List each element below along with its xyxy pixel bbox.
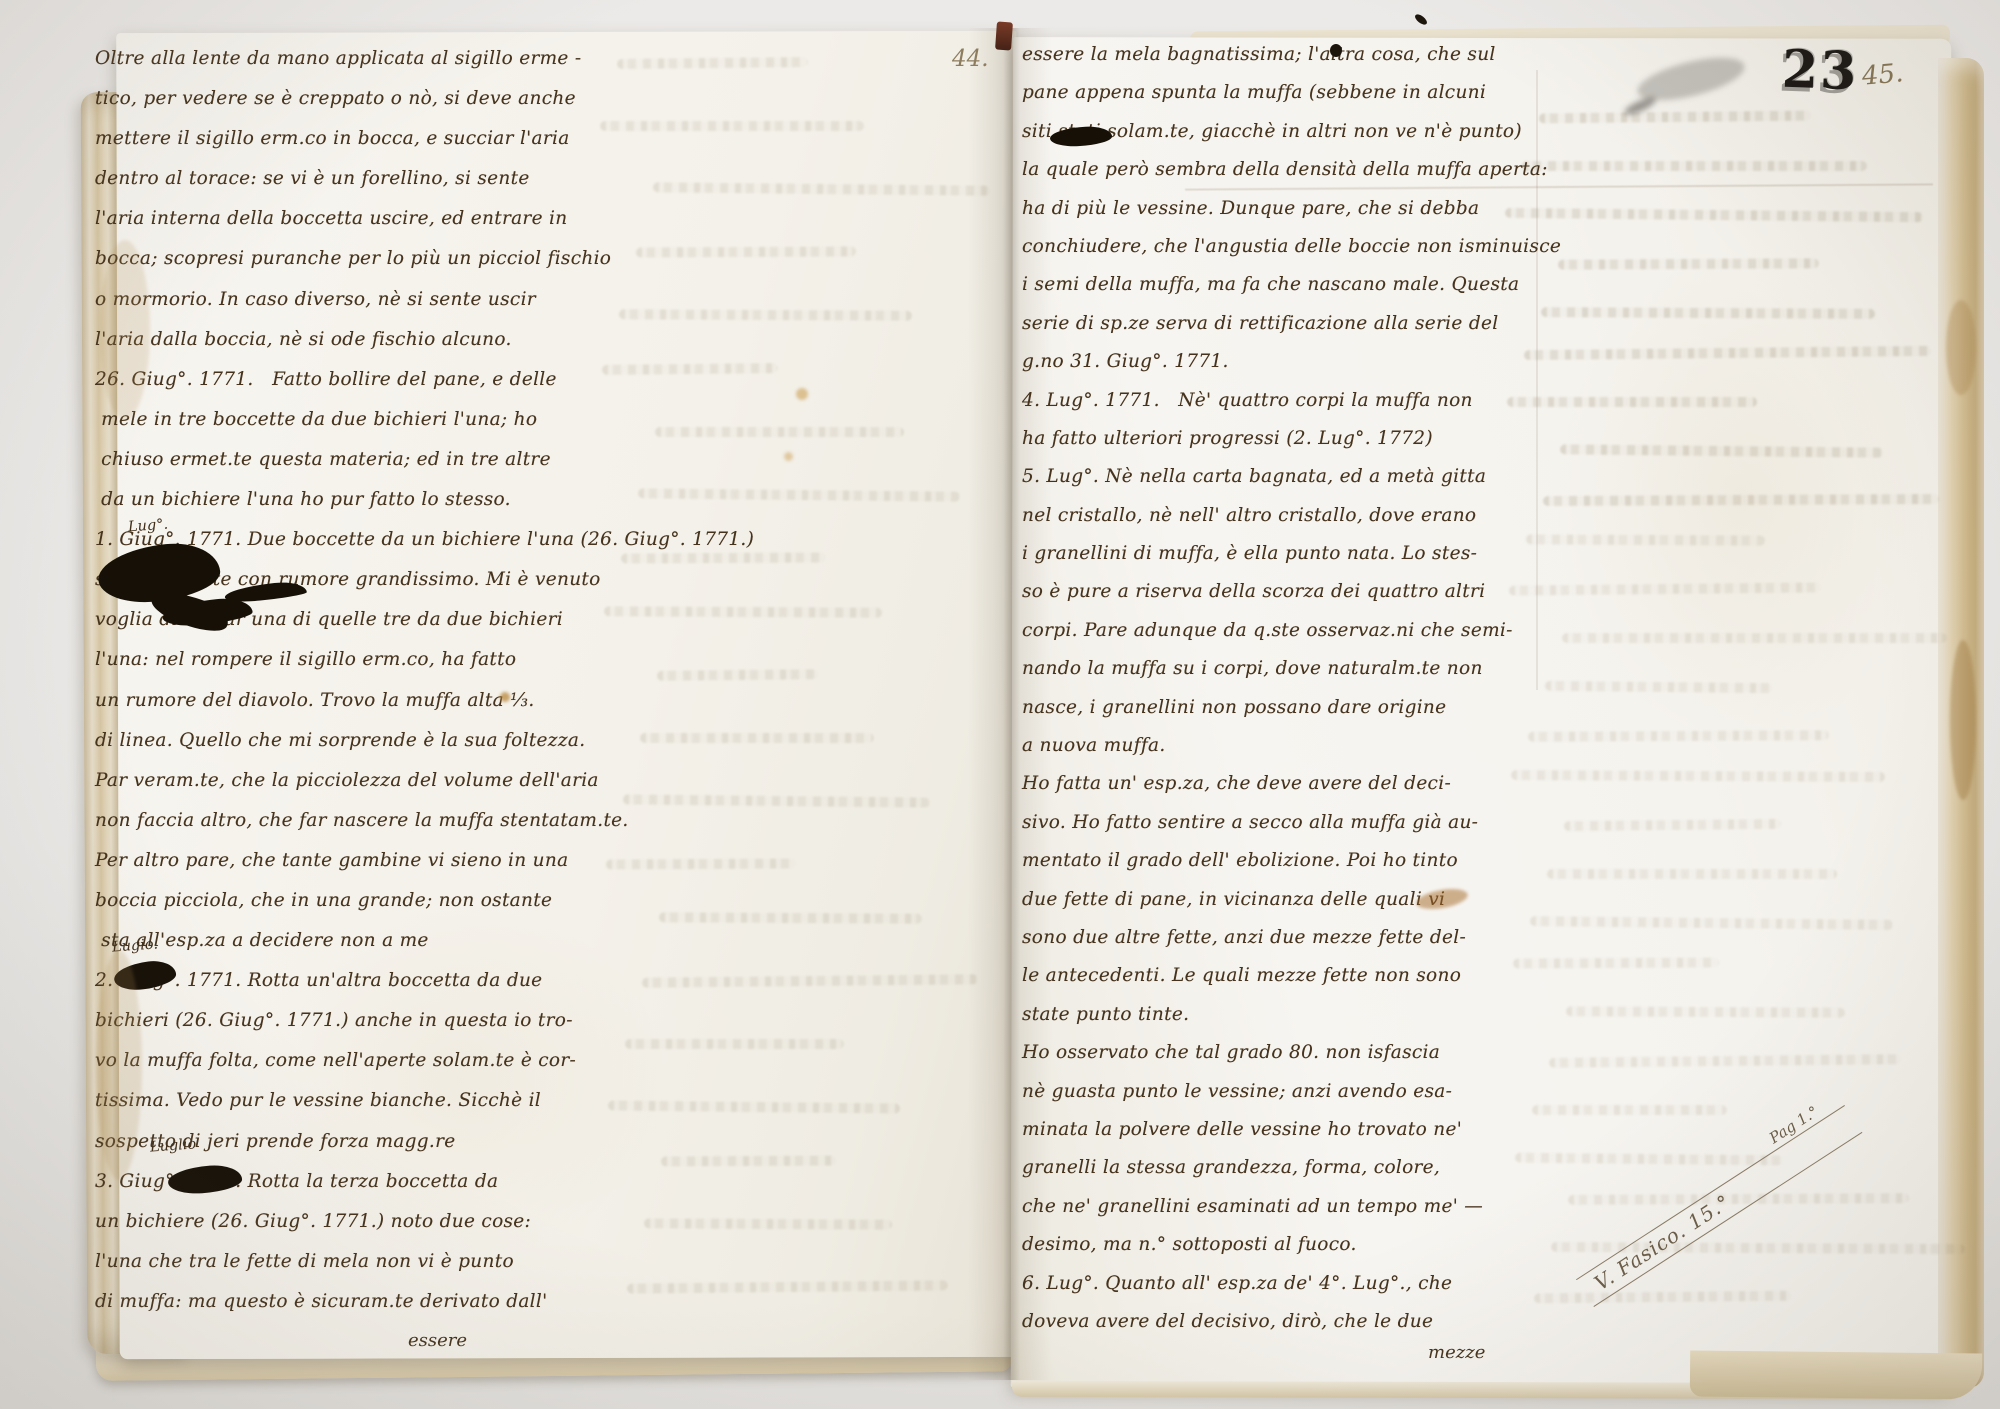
manuscript-line: 3. Giug°. 1771. Rotta la terza boccetta …: [95, 1171, 575, 1211]
manuscript-line: pane appena spunta la muffa (sebbene in …: [1022, 82, 1502, 120]
manuscript-line: mentato il grado dell' ebolizione. Poi h…: [1022, 850, 1502, 888]
manuscript-line: Ho osservato che tal grado 80. non isfas…: [1022, 1042, 1502, 1080]
manuscript-line: vo la muffa folta, come nell'aperte sola…: [95, 1050, 575, 1090]
manuscript-line: tissima. Vedo pur le vessine bianche. Si…: [95, 1090, 575, 1130]
right-page-text-block: essere la mela bagnatissima; l'altra cos…: [1022, 44, 1502, 1349]
manuscript-line: sivo. Ho fatto sentire a secco alla muff…: [1022, 812, 1502, 850]
manuscript-line: 6. Lug°. Quanto all' esp.za de' 4°. Lug°…: [1022, 1273, 1502, 1311]
manuscript-line: 26. Giug°. 1771. Fatto bollire del pane,…: [95, 369, 575, 409]
show-through-text-left: [600, 58, 960, 1343]
interline-correction: Luglio: [149, 1136, 196, 1155]
manuscript-line: ha di più le vessine. Dunque pare, che s…: [1022, 198, 1502, 236]
manuscript-line: state punto tinte.: [1022, 1004, 1502, 1042]
manuscript-line: Per altro pare, che tante gambine vi sie…: [95, 850, 575, 890]
manuscript-line: corpi. Pare adunque da q.ste osservaz.ni…: [1022, 620, 1502, 658]
archival-note: Pag 1.° V. Fasico. 15.°: [1588, 1096, 1898, 1306]
ink-speck: [1413, 12, 1428, 26]
spine-sliver: [995, 21, 1013, 50]
manuscript-line: tico, per vedere se è creppato o nò, si …: [95, 88, 575, 128]
manuscript-line: desimo, ma n.° sottoposti al fuoco.: [1022, 1234, 1502, 1272]
manuscript-line: nasce, i granellini non possano dare ori…: [1022, 697, 1502, 735]
manuscript-line: mele in tre boccette da due bichieri l'u…: [95, 409, 575, 449]
bottom-right-page-stack: [1690, 1350, 1982, 1399]
manuscript-line: mettere il sigillo erm.co in bocca, e su…: [95, 128, 575, 168]
manuscript-line: di linea. Quello che mi sorprende è la s…: [95, 730, 575, 770]
manuscript-line: di muffa: ma questo è sicuram.te derivat…: [95, 1291, 575, 1331]
manuscript-line: la quale però sembra della densità della…: [1022, 159, 1502, 197]
edge-stain: [100, 240, 150, 420]
manuscript-line: essere la mela bagnatissima; l'altra cos…: [1022, 44, 1502, 82]
stamp-number: 23: [1781, 39, 1859, 103]
manuscript-line: sono due altre fette, anzi due mezze fet…: [1022, 927, 1502, 965]
manuscript-line: so è pure a riserva della scorza dei qua…: [1022, 581, 1502, 619]
manuscript-line: conchiudere, che l'angustia delle boccie…: [1022, 236, 1502, 274]
manuscript-line: Oltre alla lente da mano applicata al si…: [95, 48, 575, 88]
foxing-spot: [784, 452, 793, 461]
manuscript-line: 4. Lug°. 1771. Nè' quattro corpi la muff…: [1022, 390, 1502, 428]
manuscript-line: nando la muffa su i corpi, dove naturalm…: [1022, 658, 1502, 696]
manuscript-line: minata la polvere delle vessine ho trova…: [1022, 1119, 1502, 1157]
archival-note-text: V. Fasico. 15.°: [1577, 1106, 1862, 1306]
manuscript-line: un bichiere (26. Giug°. 1771.) noto due …: [95, 1211, 575, 1251]
ink-speck: [1330, 44, 1342, 57]
manuscript-line: dentro al torace: se vi è un forellino, …: [95, 168, 575, 208]
folio-number-right: 45.: [1861, 58, 1905, 91]
manuscript-line: l'aria dalla boccia, nè si ode fischio a…: [95, 329, 575, 369]
manuscript-line: boccia picciola, che in una grande; non …: [95, 890, 575, 930]
manuscript-photo: 44. 23 45. Oltre alla lente da mano appl…: [0, 0, 2000, 1409]
manuscript-line: Par veram.te, che la picciolezza del vol…: [95, 770, 575, 810]
archival-note-page: Pag 1.°: [1565, 1088, 1844, 1279]
manuscript-line: che ne' granellini esaminati ad un tempo…: [1022, 1196, 1502, 1234]
manuscript-line: serie di sp.ze serva di rettificazione a…: [1022, 313, 1502, 351]
manuscript-line: Ho fatta un' esp.za, che deve avere del …: [1022, 773, 1502, 811]
foxing-spot: [500, 692, 510, 702]
manuscript-line: bocca; scopresi puranche per lo più un p…: [95, 248, 575, 288]
manuscript-line: g.no 31. Giug°. 1771.: [1022, 351, 1502, 389]
folio-number-left: 44.: [952, 46, 989, 72]
manuscript-line: nè guasta punto le vessine; anzi avendo …: [1022, 1081, 1502, 1119]
manuscript-line: ha fatto ulteriori progressi (2. Lug°. 1…: [1022, 428, 1502, 466]
manuscript-line: 5. Lug°. Nè nella carta bagnata, ed a me…: [1022, 466, 1502, 504]
edge-stain: [96, 950, 142, 1180]
manuscript-line: i granellini di muffa, è ella punto nata…: [1022, 543, 1502, 581]
manuscript-line: l'aria interna della boccetta uscire, ed…: [95, 208, 575, 248]
edge-stain: [1950, 640, 1976, 800]
manuscript-line: o mormorio. In caso diverso, nè si sente…: [95, 289, 575, 329]
manuscript-line: i semi della muffa, ma fa che nascano ma…: [1022, 274, 1502, 312]
edge-stain: [1946, 300, 1976, 395]
catchword-left: essere: [408, 1330, 467, 1351]
manuscript-line: non faccia altro, che far nascere la muf…: [95, 810, 575, 850]
manuscript-line: a nuova muffa.: [1022, 735, 1502, 773]
manuscript-line: l'una: nel rompere il sigillo erm.co, ha…: [95, 649, 575, 689]
manuscript-line: chiuso ermet.te questa materia; ed in tr…: [95, 449, 575, 489]
manuscript-line: granelli la stessa grandezza, forma, col…: [1022, 1157, 1502, 1195]
manuscript-line: bichieri (26. Giug°. 1771.) anche in que…: [95, 1010, 575, 1050]
manuscript-line: le antecedenti. Le quali mezze fette non…: [1022, 965, 1502, 1003]
manuscript-line: l'una che tra le fette di mela non vi è …: [95, 1251, 575, 1291]
interline-correction: Lug°.: [127, 517, 168, 536]
manuscript-line: nel cristallo, nè nell' altro cristallo,…: [1022, 505, 1502, 543]
foxing-spot: [796, 388, 808, 400]
catchword-right: mezze: [1428, 1342, 1485, 1363]
